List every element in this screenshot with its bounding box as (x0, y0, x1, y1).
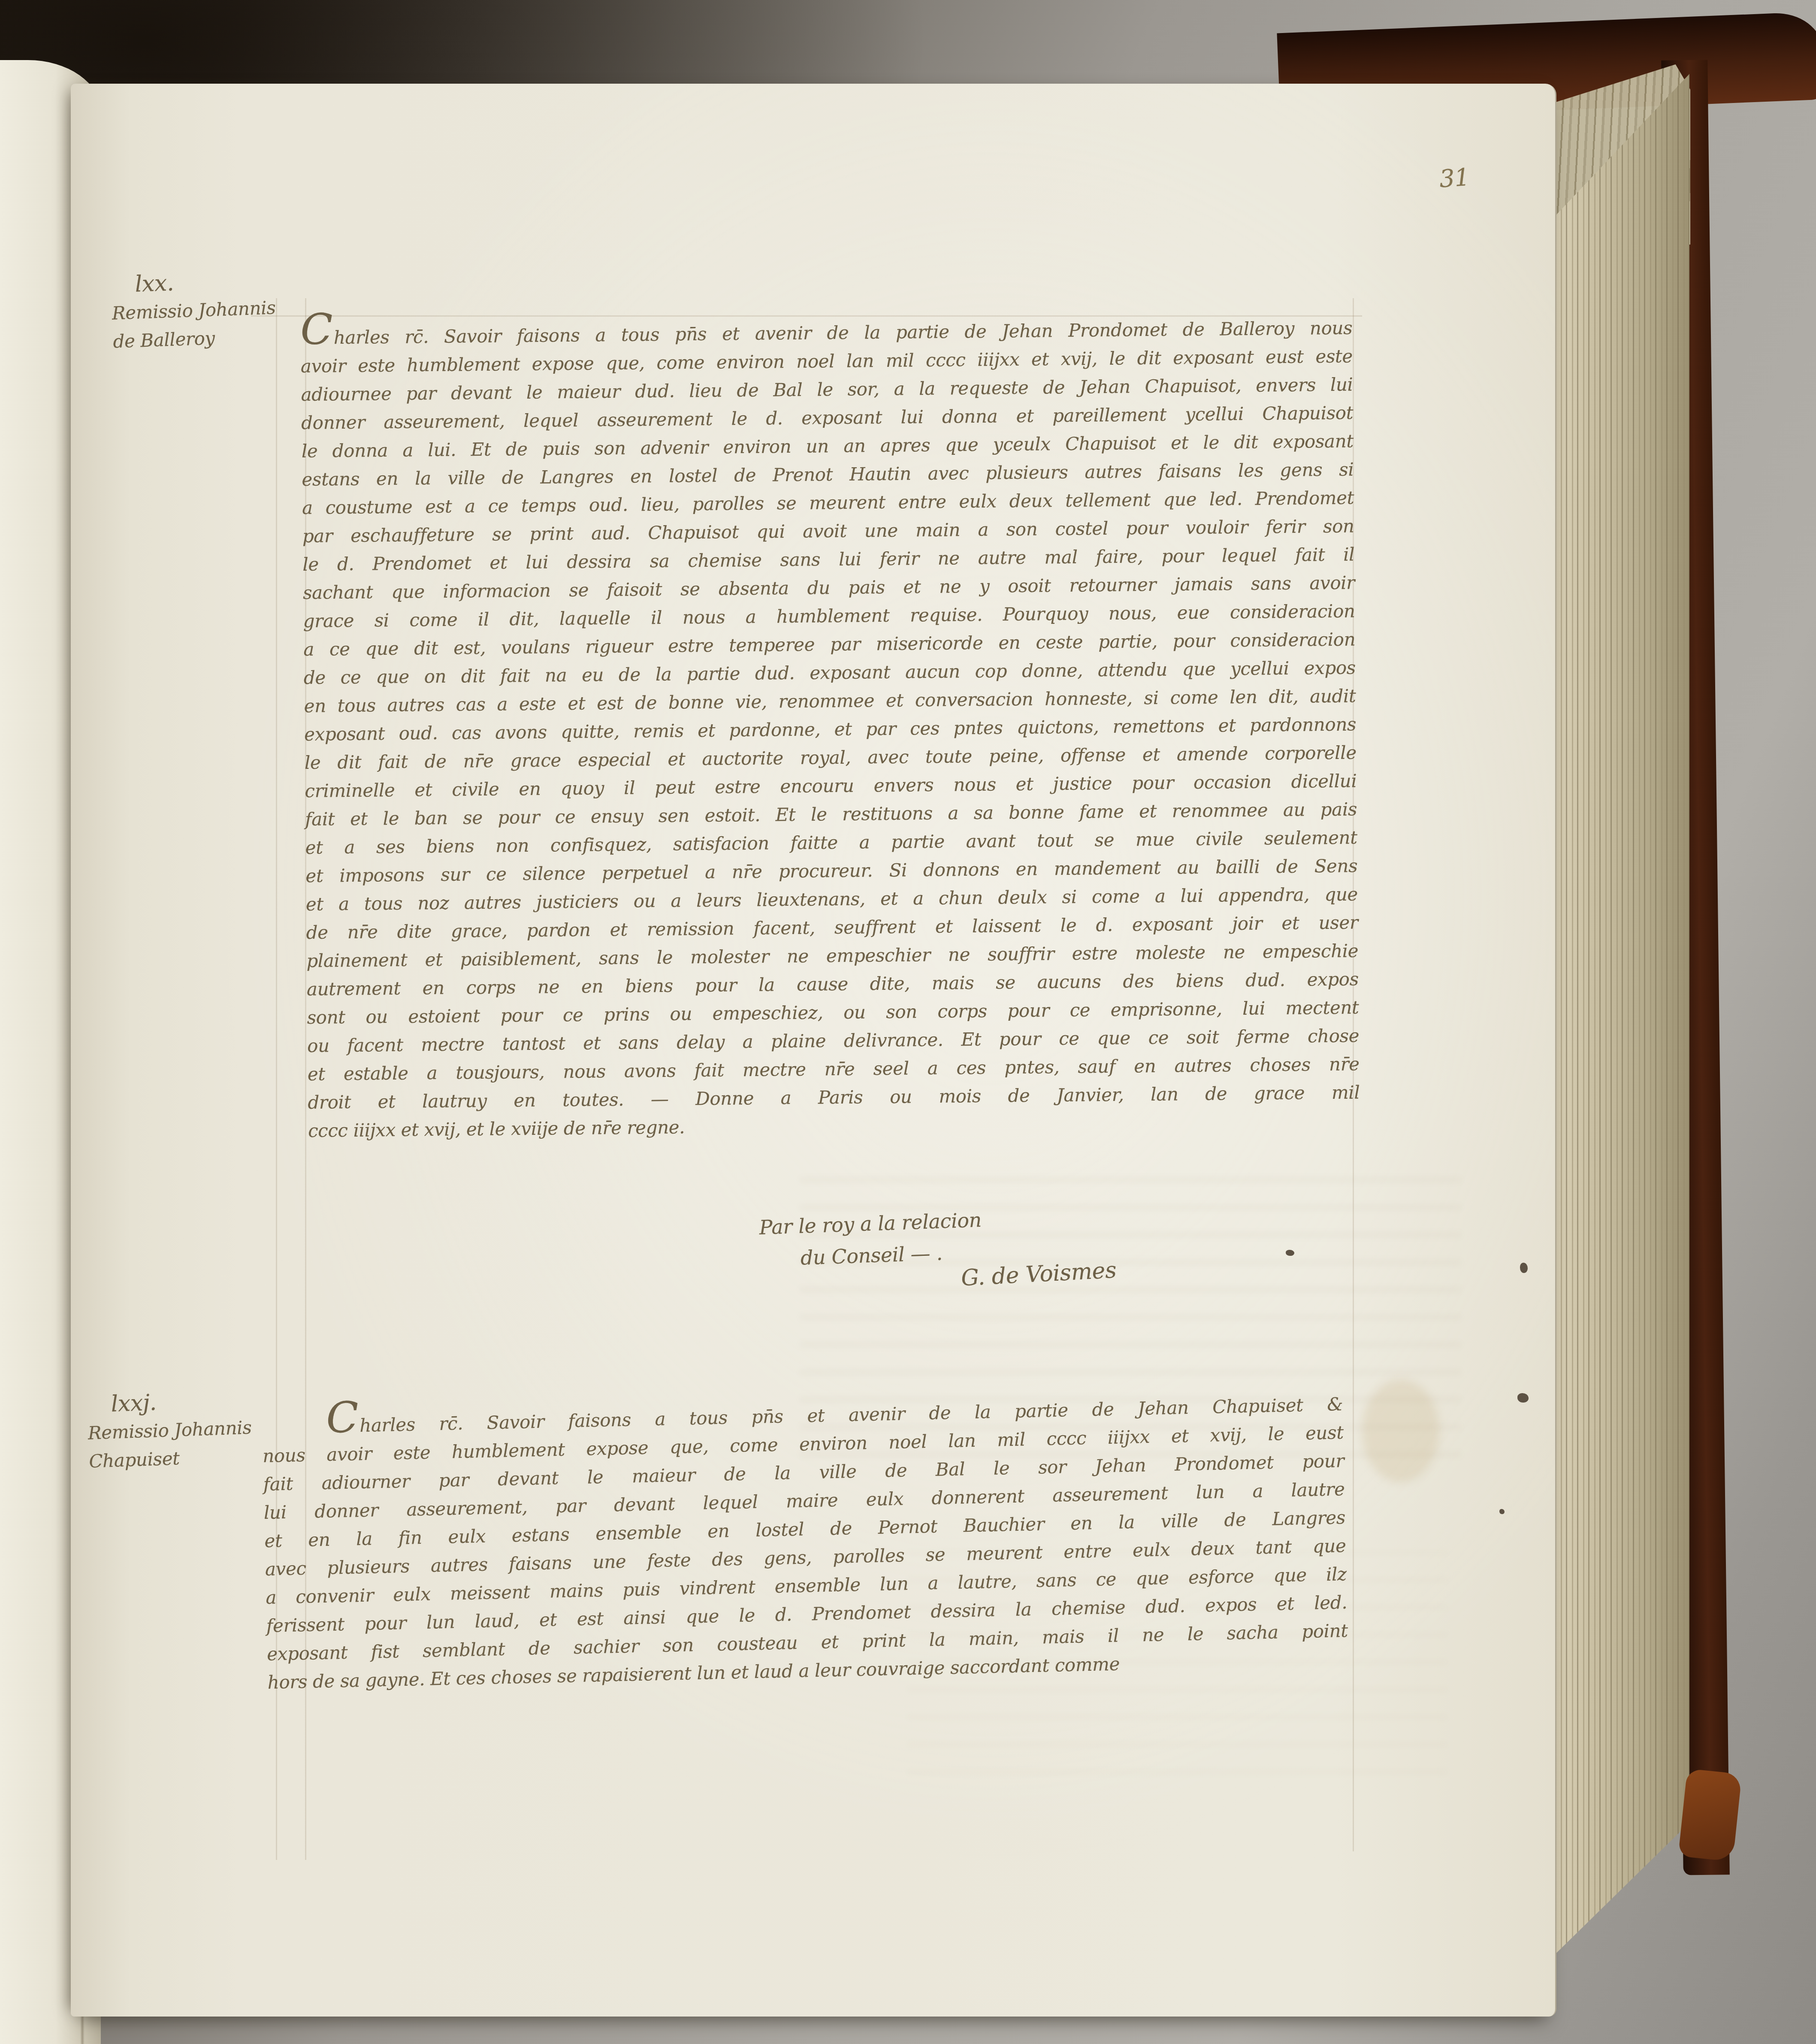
ink-speck (1517, 1393, 1529, 1403)
manuscript-page: 31 lxx. Remissio Johannis de Balleroy Ch… (71, 84, 1556, 2017)
margin-note-first-entry: lxx. Remissio Johannis de Balleroy (111, 265, 277, 356)
ink-speck (1520, 1263, 1528, 1273)
book-cover-bottom-corner (1678, 1769, 1742, 1862)
margin-note-text: Remissio Johannis (88, 1417, 252, 1443)
ink-speck (1286, 1250, 1294, 1256)
margin-note-text: Remissio Johannis (112, 297, 276, 324)
letter-of-remission-second: Charles rc̄. Savoir faisons a tous pn̄s … (262, 1390, 1349, 1697)
margin-note-numeral: lxxj. (87, 1385, 251, 1419)
page-block-fore-edge (1544, 64, 1689, 1969)
letter-of-remission-first: Charles rc̄. Savoir faisons a tous pn̄s … (300, 314, 1360, 1145)
margin-note-text: Chapuiset (89, 1448, 180, 1472)
manuscript-photo: 31 lxx. Remissio Johannis de Balleroy Ch… (0, 0, 1816, 2044)
margin-note-second-entry: lxxj. Remissio Johannis Chapuiset (87, 1385, 253, 1476)
margin-note-numeral: lxx. (111, 265, 275, 299)
folio-number: 31 (1438, 163, 1471, 194)
ink-speck (1499, 1509, 1505, 1514)
margin-note-text: de Balleroy (113, 327, 215, 352)
paper-stain (1362, 1379, 1439, 1482)
